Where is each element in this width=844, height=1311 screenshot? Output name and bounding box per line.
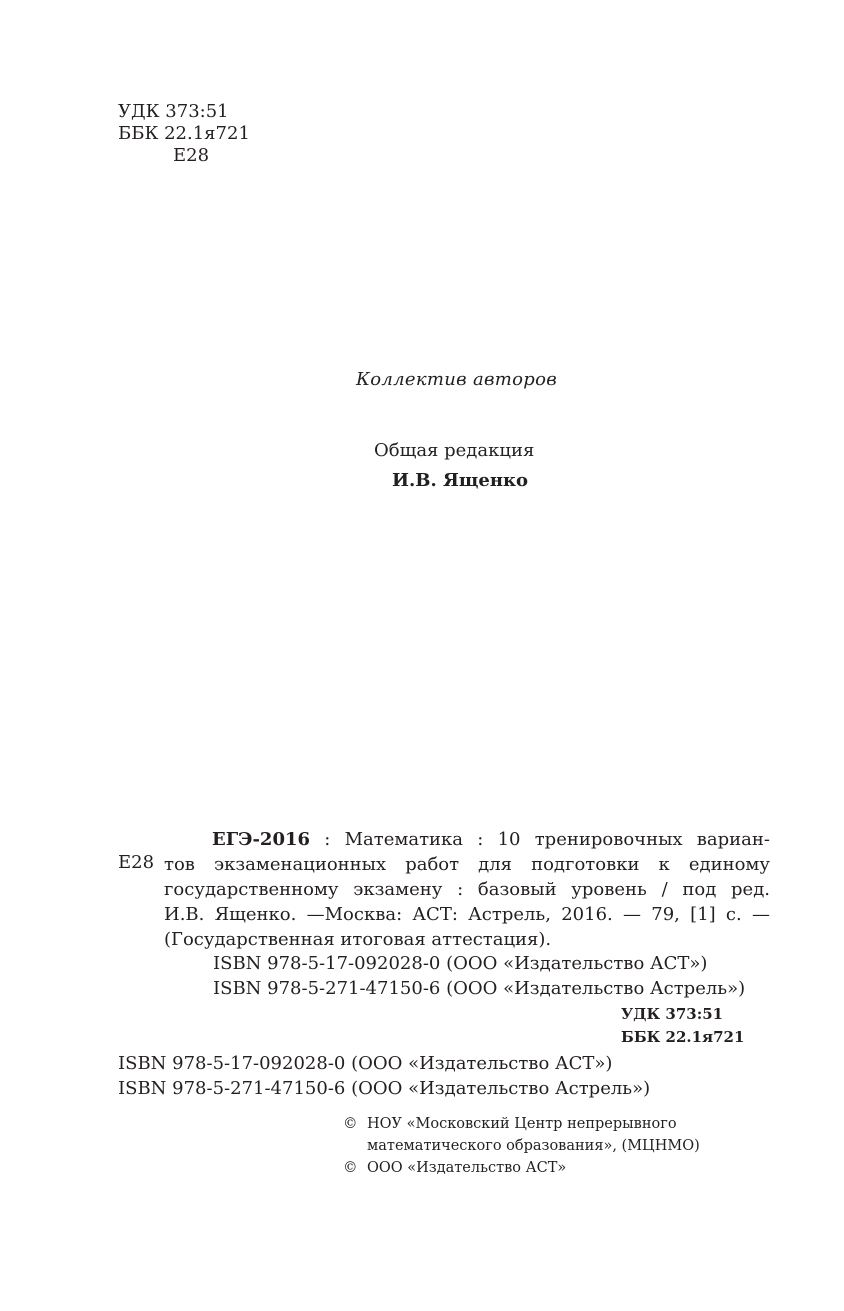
editor-name: И.В. Ященко — [392, 470, 528, 491]
copyright-ast-line: ООО «Издательство АСТ» — [367, 1157, 566, 1179]
copyright-mccme: © НОУ «Московский Центр непрерывного — [343, 1113, 700, 1135]
copyright-ast: © ООО «Издательство АСТ» — [343, 1157, 700, 1179]
catalog-card-line-2: тов экзаменационных работ для подготовки… — [164, 852, 770, 877]
catalog-card-line-5: (Государственная итоговая аттестация). — [164, 927, 770, 952]
copyright-block: © НОУ «Московский Центр непрерывного мат… — [343, 1113, 700, 1179]
isbn-astrel: ISBN 978-5-271-47150-6 (ООО «Издательств… — [118, 1076, 650, 1101]
top-classification-codes: УДК 373:51 ББК 22.1я721 Е28 — [118, 101, 250, 167]
copyright-mccme-line-2: математического образования», (МЦНМО) — [343, 1135, 700, 1157]
catalog-card-udk: УДК 373:51 — [621, 1003, 744, 1026]
isbn-ast: ISBN 978-5-17-092028-0 (ООО «Издательств… — [118, 1051, 650, 1076]
catalog-card-line-1: ЕГЭ-2016 : Математика : 10 тренировочных… — [164, 827, 770, 852]
copyright-icon: © — [343, 1157, 367, 1179]
catalog-card-isbn-ast: ISBN 978-5-17-092028-0 (ООО «Издательств… — [213, 951, 745, 976]
catalog-card-isbn: ISBN 978-5-17-092028-0 (ООО «Издательств… — [213, 951, 745, 1001]
udk-code: УДК 373:51 — [118, 101, 250, 123]
copyright-icon: © — [343, 1113, 367, 1135]
catalog-card-author-sign: Е28 — [118, 852, 154, 873]
editor-label: Общая редакция — [374, 440, 534, 461]
catalog-card-line-4: И.В. Ященко. —Москва: АСТ: Астрель, 2016… — [164, 902, 770, 927]
catalog-card-line-3: государственному экзамену : базовый уров… — [164, 877, 770, 902]
authors-collective: Коллектив авторов — [356, 369, 557, 390]
bbk-code: ББК 22.1я721 — [118, 123, 250, 145]
author-sign: Е28 — [118, 145, 250, 167]
catalog-card-bbk: ББК 22.1я721 — [621, 1026, 744, 1049]
copyright-mccme-line-1: НОУ «Московский Центр непрерывного — [367, 1113, 677, 1135]
catalog-card-description: ЕГЭ-2016 : Математика : 10 тренировочных… — [164, 827, 770, 952]
catalog-card-title: ЕГЭ-2016 — [212, 829, 310, 850]
catalog-card-isbn-astrel: ISBN 978-5-271-47150-6 (ООО «Издательств… — [213, 976, 745, 1001]
isbn-block: ISBN 978-5-17-092028-0 (ООО «Издательств… — [118, 1051, 650, 1101]
catalog-card-classification: УДК 373:51 ББК 22.1я721 — [621, 1003, 744, 1049]
